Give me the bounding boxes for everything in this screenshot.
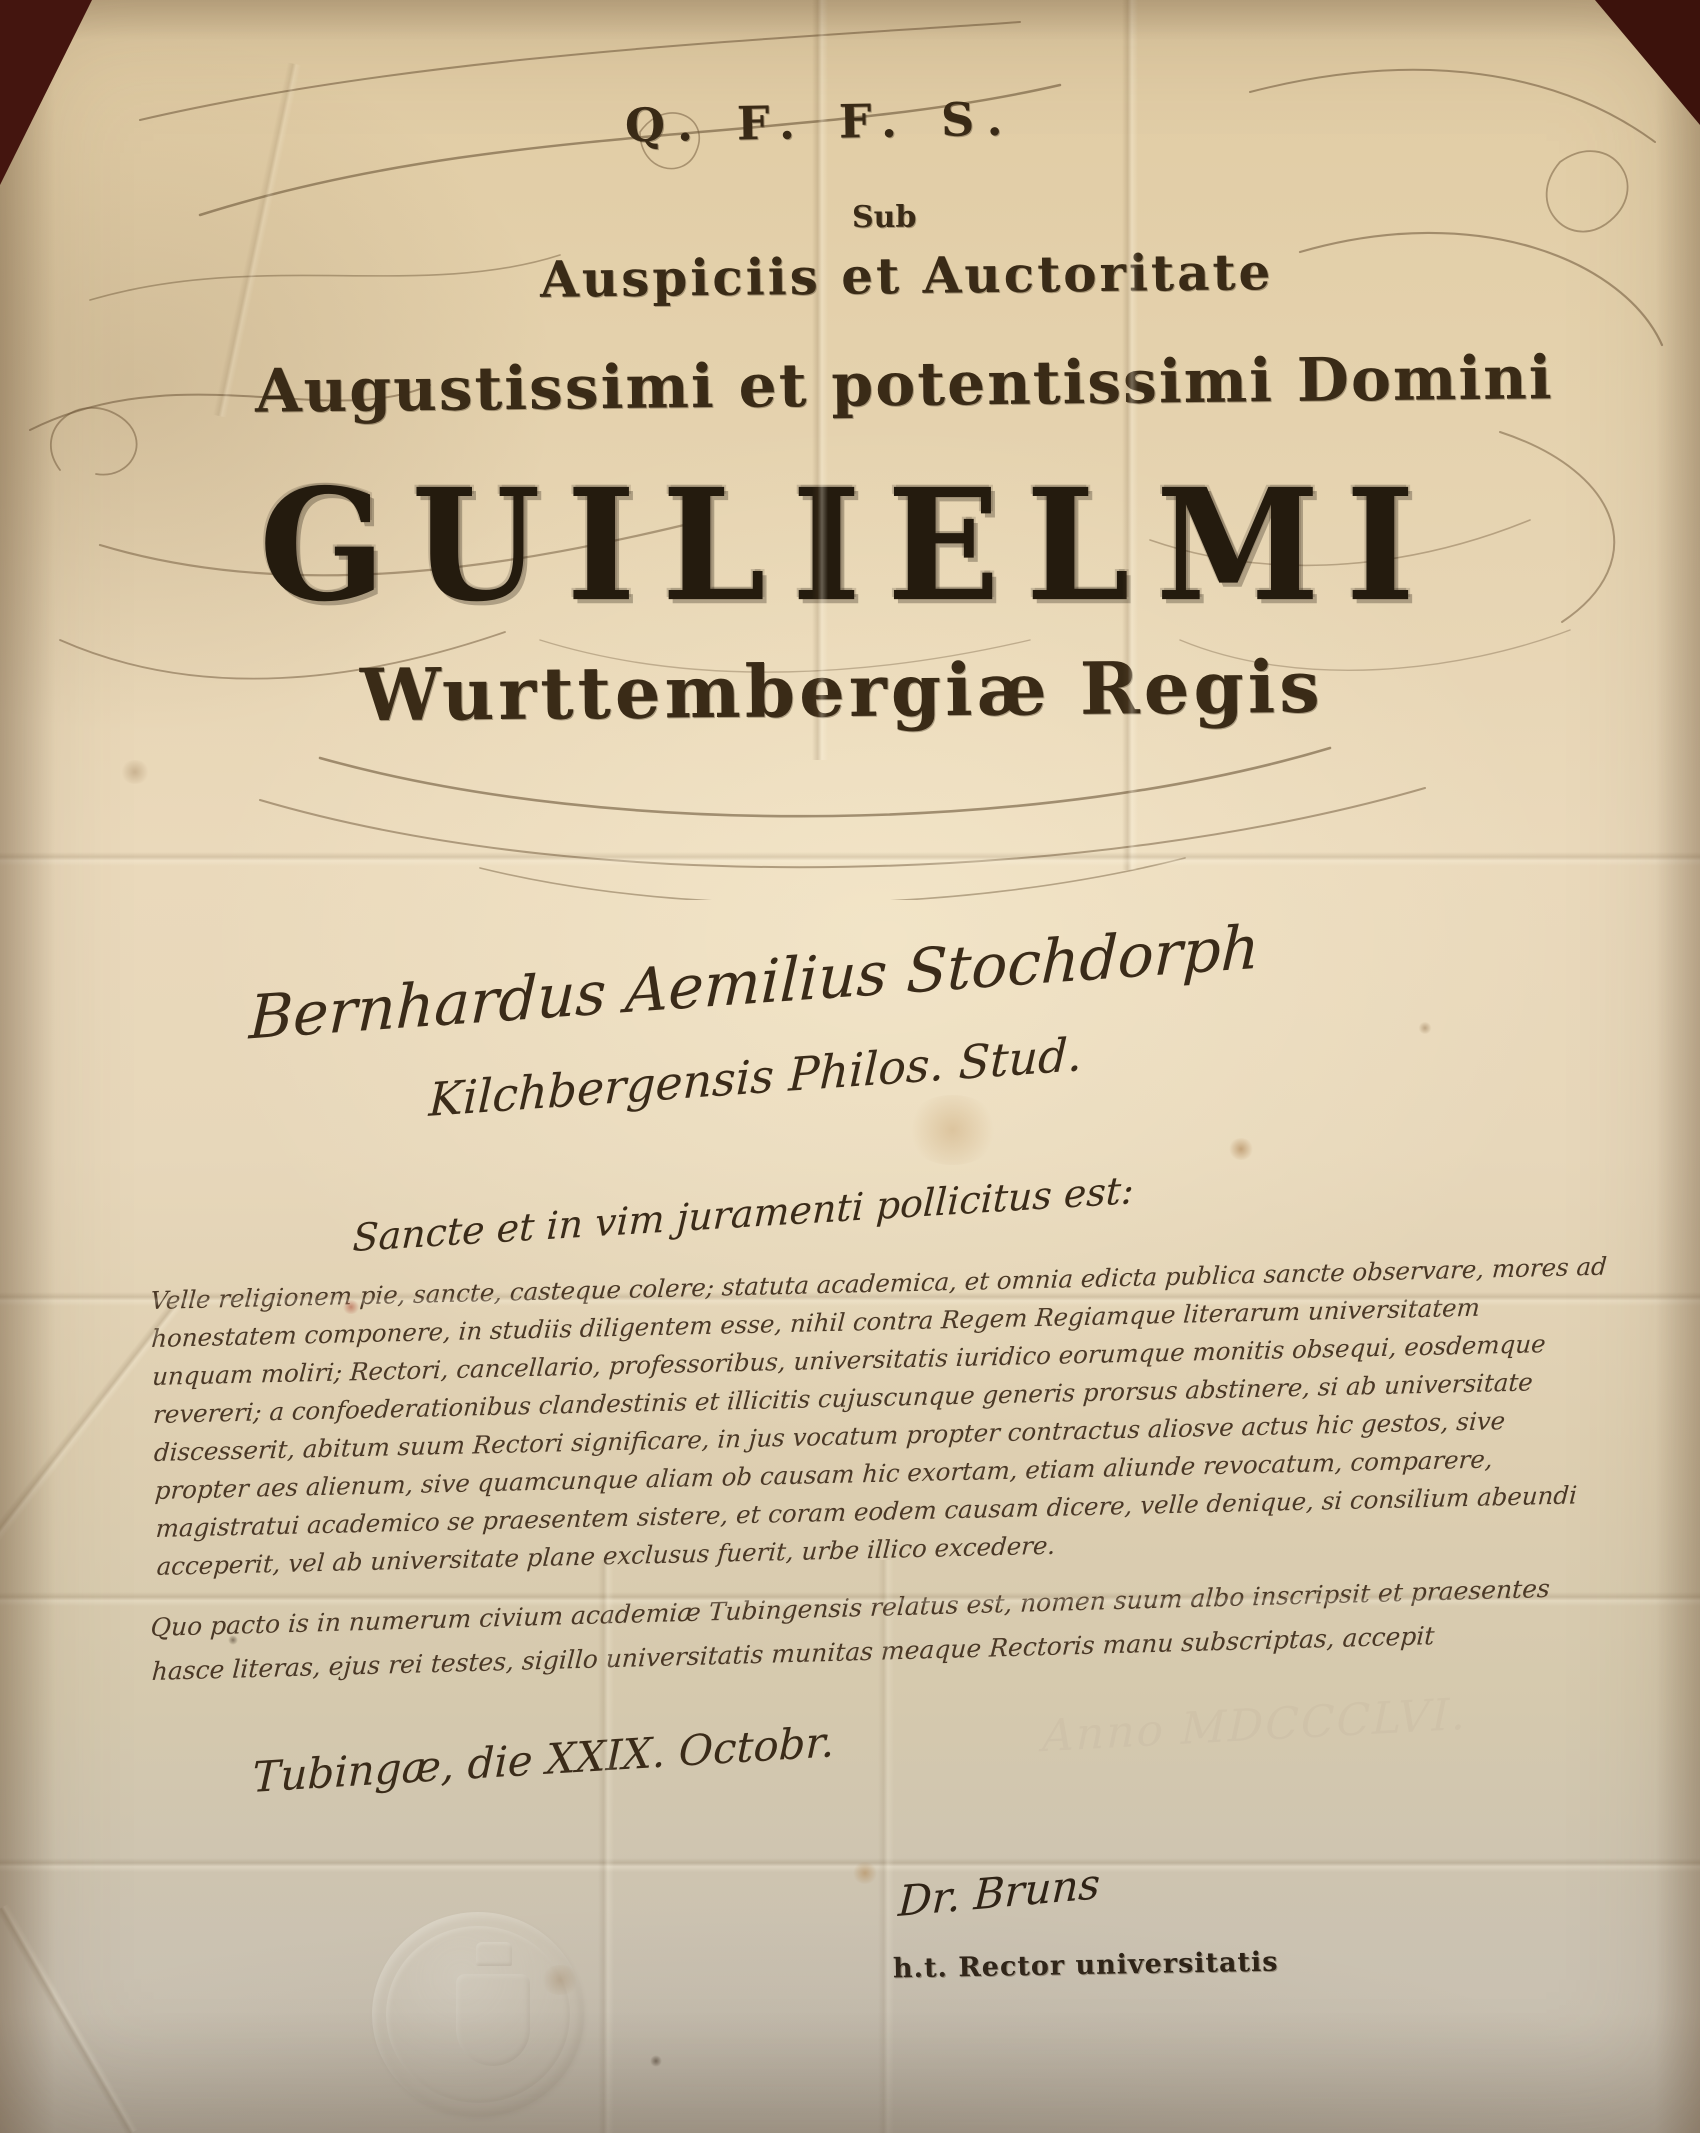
stain-spot [1418,1022,1432,1034]
horizontal-fold [0,852,1700,866]
oath-heading: Sancte et in vim juramenti pollicitus es… [352,1168,1135,1260]
auspices-line: Auspiciis et Auctoritate [540,242,1274,309]
sub-word: Sub [852,200,916,235]
diagonal-crease [0,1904,138,2133]
rector-title: h.t. Rector universitatis [893,1947,1279,1985]
royal-name: GUILIELMI [0,455,1700,636]
embossed-university-seal-icon [372,1912,584,2117]
seal-coat-of-arms [456,1974,530,2066]
stain-spot [1228,1138,1254,1160]
anno-line: Anno MDCCCLVI. [1042,1689,1468,1762]
horizontal-fold [0,1858,1700,1872]
rector-signature: Dr. Bruns [897,1859,1101,1926]
stain-spot [852,1862,878,1884]
background-corner [1595,0,1700,125]
place-dateline: Tubingæ, die XXIX. Octobr. [252,1717,835,1802]
vertical-fold [1122,0,1138,870]
student-origin: Kilchbergensis Philos. Stud. [428,1027,1083,1127]
regis-line: Wurttembergiæ Regis [360,644,1324,737]
augustissimi-line: Augustissimi et potentissimi Domini [255,343,1554,427]
motto-initials: Q. F. F. S. [625,92,1017,153]
stain-spot [650,2055,662,2067]
closing-paragraph: Quo pacto is in numerum civium academiæ … [150,1571,1402,1694]
student-name: Bernhardus Aemilius Stochdorph [248,913,1261,1054]
stain-spot [905,1095,1000,1165]
background-corner [0,0,92,185]
oath-paragraph: Velle religionem pie, sancte, casteque c… [150,1249,1577,1586]
seal-crown [476,1942,512,1966]
stain-spot [120,760,150,784]
certificate-page: Q. F. F. S. Sub Auspiciis et Auctoritate… [0,0,1700,2133]
